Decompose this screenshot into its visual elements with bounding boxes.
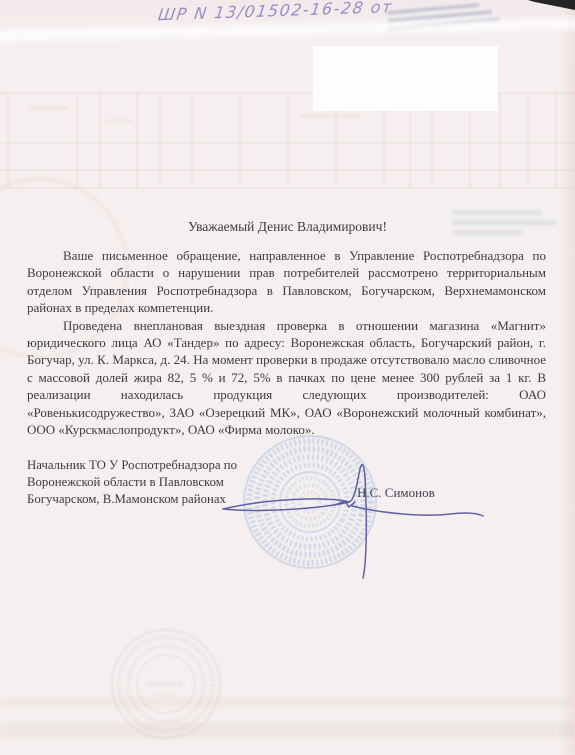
- scanned-letter-page: ШР N 13/01502-16-28 от Уважаемый Денис В…: [0, 0, 575, 755]
- faint-bottom-stamp: [108, 626, 224, 742]
- redaction-box: [313, 46, 498, 111]
- show-through-band: [0, 697, 575, 707]
- scan-fold-streak: [0, 17, 575, 41]
- greeting-line: Уважаемый Денис Владимирович!: [0, 219, 575, 235]
- letter-body: Ваше письменное обращение, направленное …: [27, 247, 546, 438]
- show-through-band: [0, 723, 575, 738]
- handwritten-signature: [215, 455, 490, 585]
- paragraph-2: Проведена внеплановая выездная проверка …: [27, 317, 546, 439]
- scan-corner-shadow: [528, 0, 575, 10]
- paragraph-1: Ваше письменное обращение, направленное …: [27, 247, 546, 317]
